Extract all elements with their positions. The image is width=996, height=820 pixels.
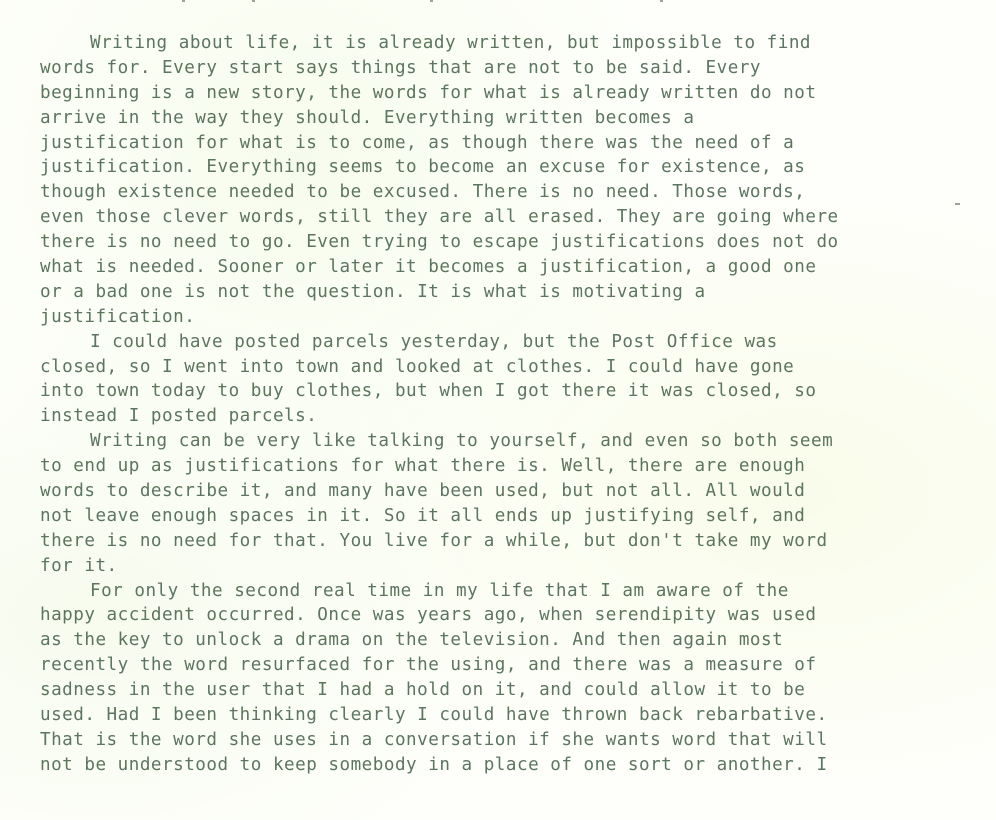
text-line: even those clever words, still they are … (40, 205, 952, 230)
text-line: sadness in the user that I had a hold on… (40, 678, 952, 703)
text-line: not be understood to keep somebody in a … (40, 753, 952, 778)
text-line: closed, so I went into town and looked a… (40, 355, 952, 380)
text-line: Writing about life, it is already writte… (40, 31, 952, 56)
ink-speck (660, 0, 663, 2)
text-line: justification. Everything seems to becom… (40, 155, 952, 180)
cut-off-previous-line (150, 0, 850, 4)
text-line: for it. (40, 554, 952, 579)
text-line: not leave enough spaces in it. So it all… (40, 504, 952, 529)
text-line: For only the second real time in my life… (40, 579, 952, 604)
text-line: instead I posted parcels. (40, 404, 952, 429)
text-line: justification. (40, 305, 952, 330)
text-line: arrive in the way they should. Everythin… (40, 106, 952, 131)
text-line: Writing can be very like talking to your… (40, 429, 952, 454)
text-line: I could have posted parcels yesterday, b… (40, 330, 952, 355)
text-line: though existence needed to be excused. T… (40, 180, 952, 205)
text-line: there is no need to go. Even trying to e… (40, 230, 952, 255)
ink-speck (182, 0, 185, 2)
text-line: That is the word she uses in a conversat… (40, 728, 952, 753)
text-line: there is no need for that. You live for … (40, 529, 952, 554)
text-line: as the key to unlock a drama on the tele… (40, 628, 952, 653)
ink-speck (430, 0, 433, 2)
ink-speck (252, 0, 255, 2)
text-line: recently the word resurfaced for the usi… (40, 653, 952, 678)
text-line: beginning is a new story, the words for … (40, 81, 952, 106)
text-line: what is needed. Sooner or later it becom… (40, 255, 952, 280)
ink-speck (955, 203, 960, 205)
text-line: or a bad one is not the question. It is … (40, 280, 952, 305)
text-line: words to describe it, and many have been… (40, 479, 952, 504)
text-line: happy accident occurred. Once was years … (40, 603, 952, 628)
text-line: to end up as justifications for what the… (40, 454, 952, 479)
text-line: into town today to buy clothes, but when… (40, 379, 952, 404)
document-page: Writing about life, it is already writte… (40, 31, 952, 778)
text-line: words for. Every start says things that … (40, 56, 952, 81)
text-line: used. Had I been thinking clearly I coul… (40, 703, 952, 728)
text-line: justification for what is to come, as th… (40, 131, 952, 156)
